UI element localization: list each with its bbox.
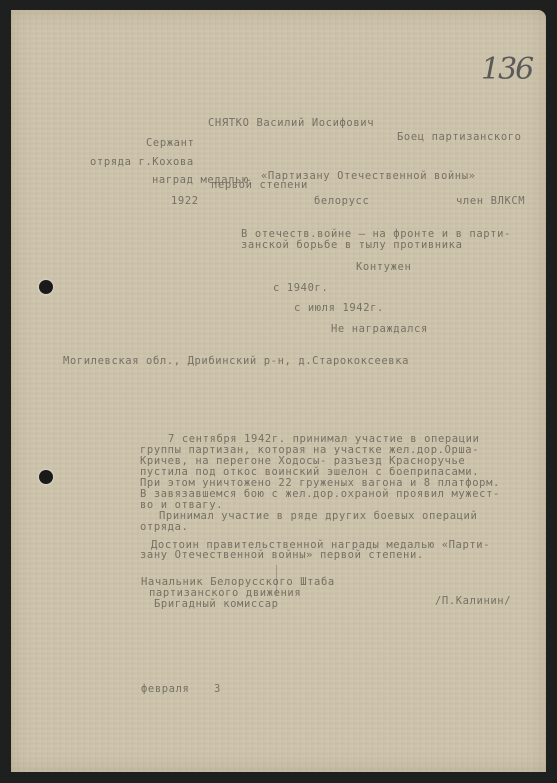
signatory-rank: Бригадный комиссар xyxy=(154,599,279,610)
date-month: февраля xyxy=(141,684,189,695)
home-address: Могилевская обл., Дрибинский р-н, д.Стар… xyxy=(63,356,409,367)
pencil-mark xyxy=(276,565,277,595)
unit: отряда г.Кохова xyxy=(90,157,194,168)
soldier-name: СНЯТКО Василий Иосифович xyxy=(208,118,374,129)
rank: Сержант xyxy=(146,138,194,149)
signatory-name: /П.Калинин/ xyxy=(435,596,511,607)
wounds: Контужен xyxy=(356,262,411,273)
party-membership: член ВЛКСМ xyxy=(456,196,525,207)
birth-year: 1922 xyxy=(171,196,199,207)
punch-hole xyxy=(39,280,53,294)
war-participation-cont: занской борьбе в тылу противника xyxy=(241,240,463,251)
recommendation-line: зану Отечественной войны» первой степени… xyxy=(140,550,424,561)
punch-hole xyxy=(39,470,53,484)
army-since: с 1940г. xyxy=(273,283,328,294)
nationality: белорусс xyxy=(314,196,369,207)
previous-awards: Не награждался xyxy=(331,324,428,335)
narrative-line: Принимал участие в ряде других боевых оп… xyxy=(159,511,477,522)
document-page: 136 СНЯТКО Василий Иосифович Боец партиз… xyxy=(11,10,546,772)
sheet-number: 136 xyxy=(481,52,532,87)
date-day: 3 xyxy=(214,684,221,695)
position: Боец партизанского xyxy=(397,132,522,143)
partisan-since: с июля 1942г. xyxy=(294,303,384,314)
narrative-line: отряда. xyxy=(140,522,188,533)
award-degree: первой степени xyxy=(211,180,308,191)
